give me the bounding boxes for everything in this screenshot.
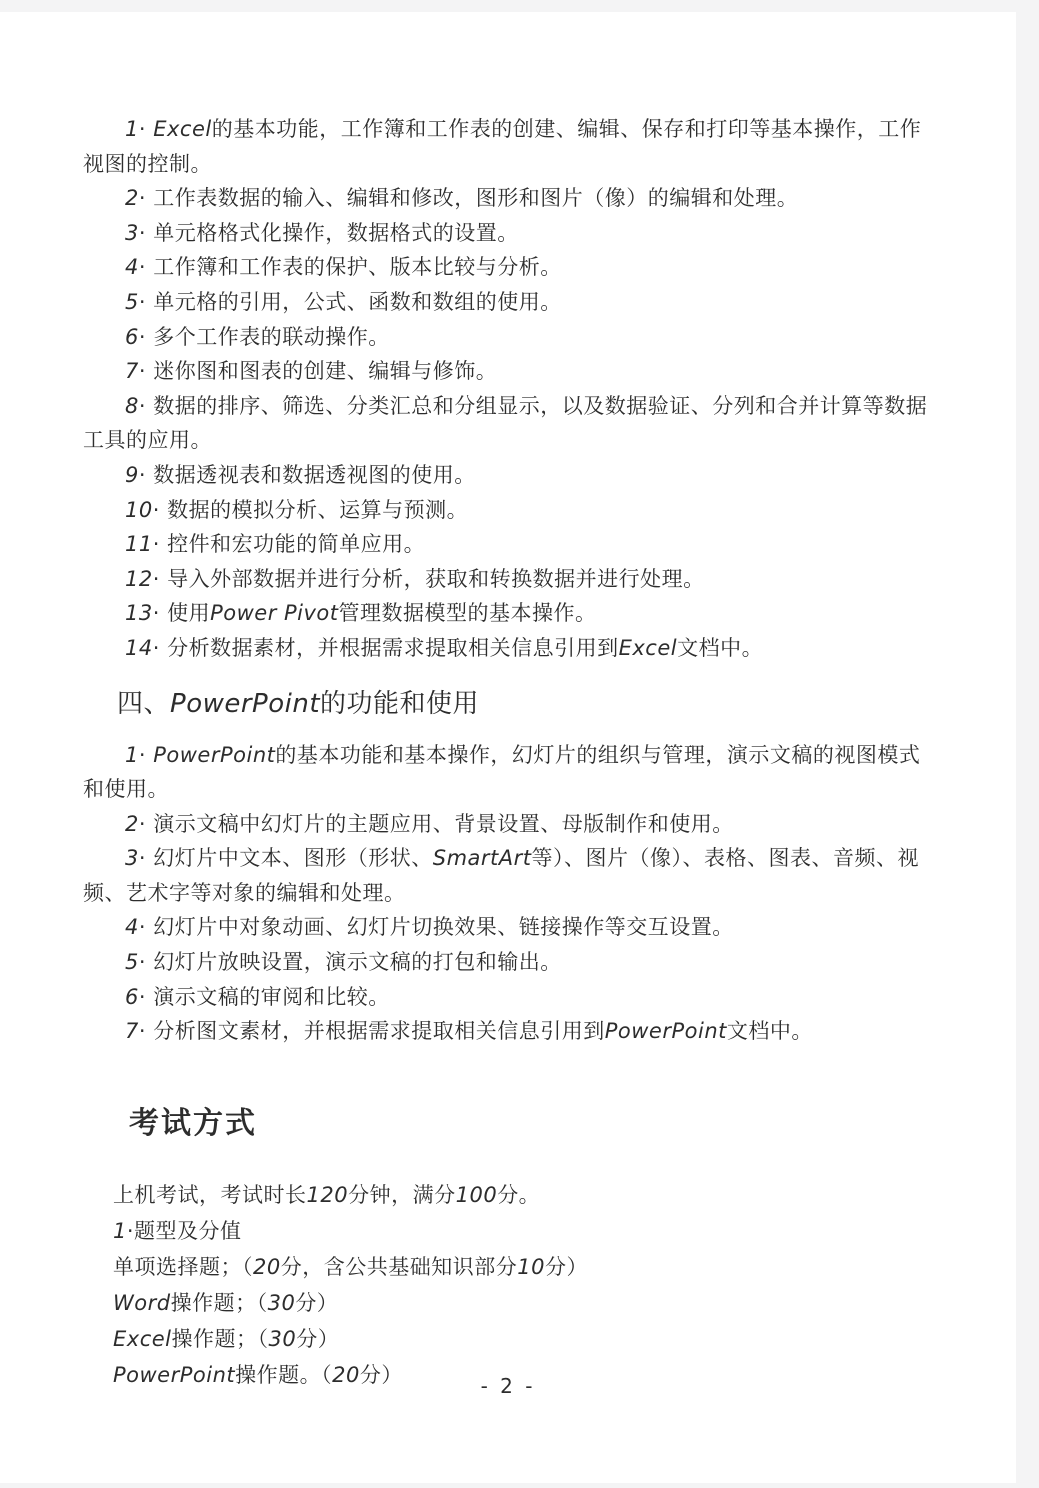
document-page: 1· Excel的基本功能，工作簿和工作表的创建、编辑、保存和打印等基本操作，工… <box>0 12 1016 1483</box>
exam-details-list: 上机考试，考试时长120分钟，满分100分。 1·题型及分值 单项选择题；（20… <box>83 1177 936 1393</box>
excel-item: 3· 单元格格式化操作，数据格式的设置。 <box>83 216 936 251</box>
powerpoint-item: 3· 幻灯片中文本、图形（形状、SmartArt等）、图片（像）、表格、图表、音… <box>83 841 936 910</box>
excel-item: 9· 数据透视表和数据透视图的使用。 <box>83 458 936 493</box>
powerpoint-item: 6· 演示文稿的审阅和比较。 <box>83 980 936 1015</box>
powerpoint-item: 2· 演示文稿中幻灯片的主题应用、背景设置、母版制作和使用。 <box>83 807 936 842</box>
excel-item: 11· 控件和宏功能的简单应用。 <box>83 527 936 562</box>
page-content: 1· Excel的基本功能，工作簿和工作表的创建、编辑、保存和打印等基本操作，工… <box>0 12 1016 1393</box>
exam-detail-line: Excel操作题；（30分） <box>83 1321 936 1357</box>
exam-detail-line: Word操作题；（30分） <box>83 1285 936 1321</box>
section-heading-powerpoint: 四、PowerPoint的功能和使用 <box>83 686 936 722</box>
powerpoint-item: 5· 幻灯片放映设置，演示文稿的打包和输出。 <box>83 945 936 980</box>
excel-item: 5· 单元格的引用，公式、函数和数组的使用。 <box>83 285 936 320</box>
exam-detail-line: 上机考试，考试时长120分钟，满分100分。 <box>83 1177 936 1213</box>
excel-item: 1· Excel的基本功能，工作簿和工作表的创建、编辑、保存和打印等基本操作，工… <box>83 112 936 181</box>
excel-items-list: 1· Excel的基本功能，工作簿和工作表的创建、编辑、保存和打印等基本操作，工… <box>83 112 936 666</box>
excel-item: 14· 分析数据素材，并根据需求提取相关信息引用到Excel文档中。 <box>83 631 936 666</box>
document-viewer: 1· Excel的基本功能，工作簿和工作表的创建、编辑、保存和打印等基本操作，工… <box>0 0 1039 1488</box>
excel-item: 8· 数据的排序、筛选、分类汇总和分组显示，以及数据验证、分列和合并计算等数据工… <box>83 389 936 458</box>
powerpoint-items-list: 1· PowerPoint的基本功能和基本操作，幻灯片的组织与管理，演示文稿的视… <box>83 738 936 1049</box>
page-number: - 2 - <box>0 1374 1016 1398</box>
excel-item: 13· 使用Power Pivot管理数据模型的基本操作。 <box>83 596 936 631</box>
exam-detail-line: 单项选择题；（20分，含公共基础知识部分10分） <box>83 1249 936 1285</box>
excel-item: 2· 工作表数据的输入、编辑和修改，图形和图片（像）的编辑和处理。 <box>83 181 936 216</box>
excel-item: 10· 数据的模拟分析、运算与预测。 <box>83 493 936 528</box>
powerpoint-item: 1· PowerPoint的基本功能和基本操作，幻灯片的组织与管理，演示文稿的视… <box>83 738 936 807</box>
powerpoint-item: 4· 幻灯片中对象动画、幻灯片切换效果、链接操作等交互设置。 <box>83 910 936 945</box>
excel-item: 12· 导入外部数据并进行分析，获取和转换数据并进行处理。 <box>83 562 936 597</box>
powerpoint-item: 7· 分析图文素材，并根据需求提取相关信息引用到PowerPoint文档中。 <box>83 1014 936 1049</box>
exam-method-heading: 考试方式 <box>83 1104 936 1144</box>
excel-item: 4· 工作簿和工作表的保护、版本比较与分析。 <box>83 250 936 285</box>
excel-item: 7· 迷你图和图表的创建、编辑与修饰。 <box>83 354 936 389</box>
excel-item: 6· 多个工作表的联动操作。 <box>83 320 936 355</box>
exam-detail-line: 1·题型及分值 <box>83 1213 936 1249</box>
